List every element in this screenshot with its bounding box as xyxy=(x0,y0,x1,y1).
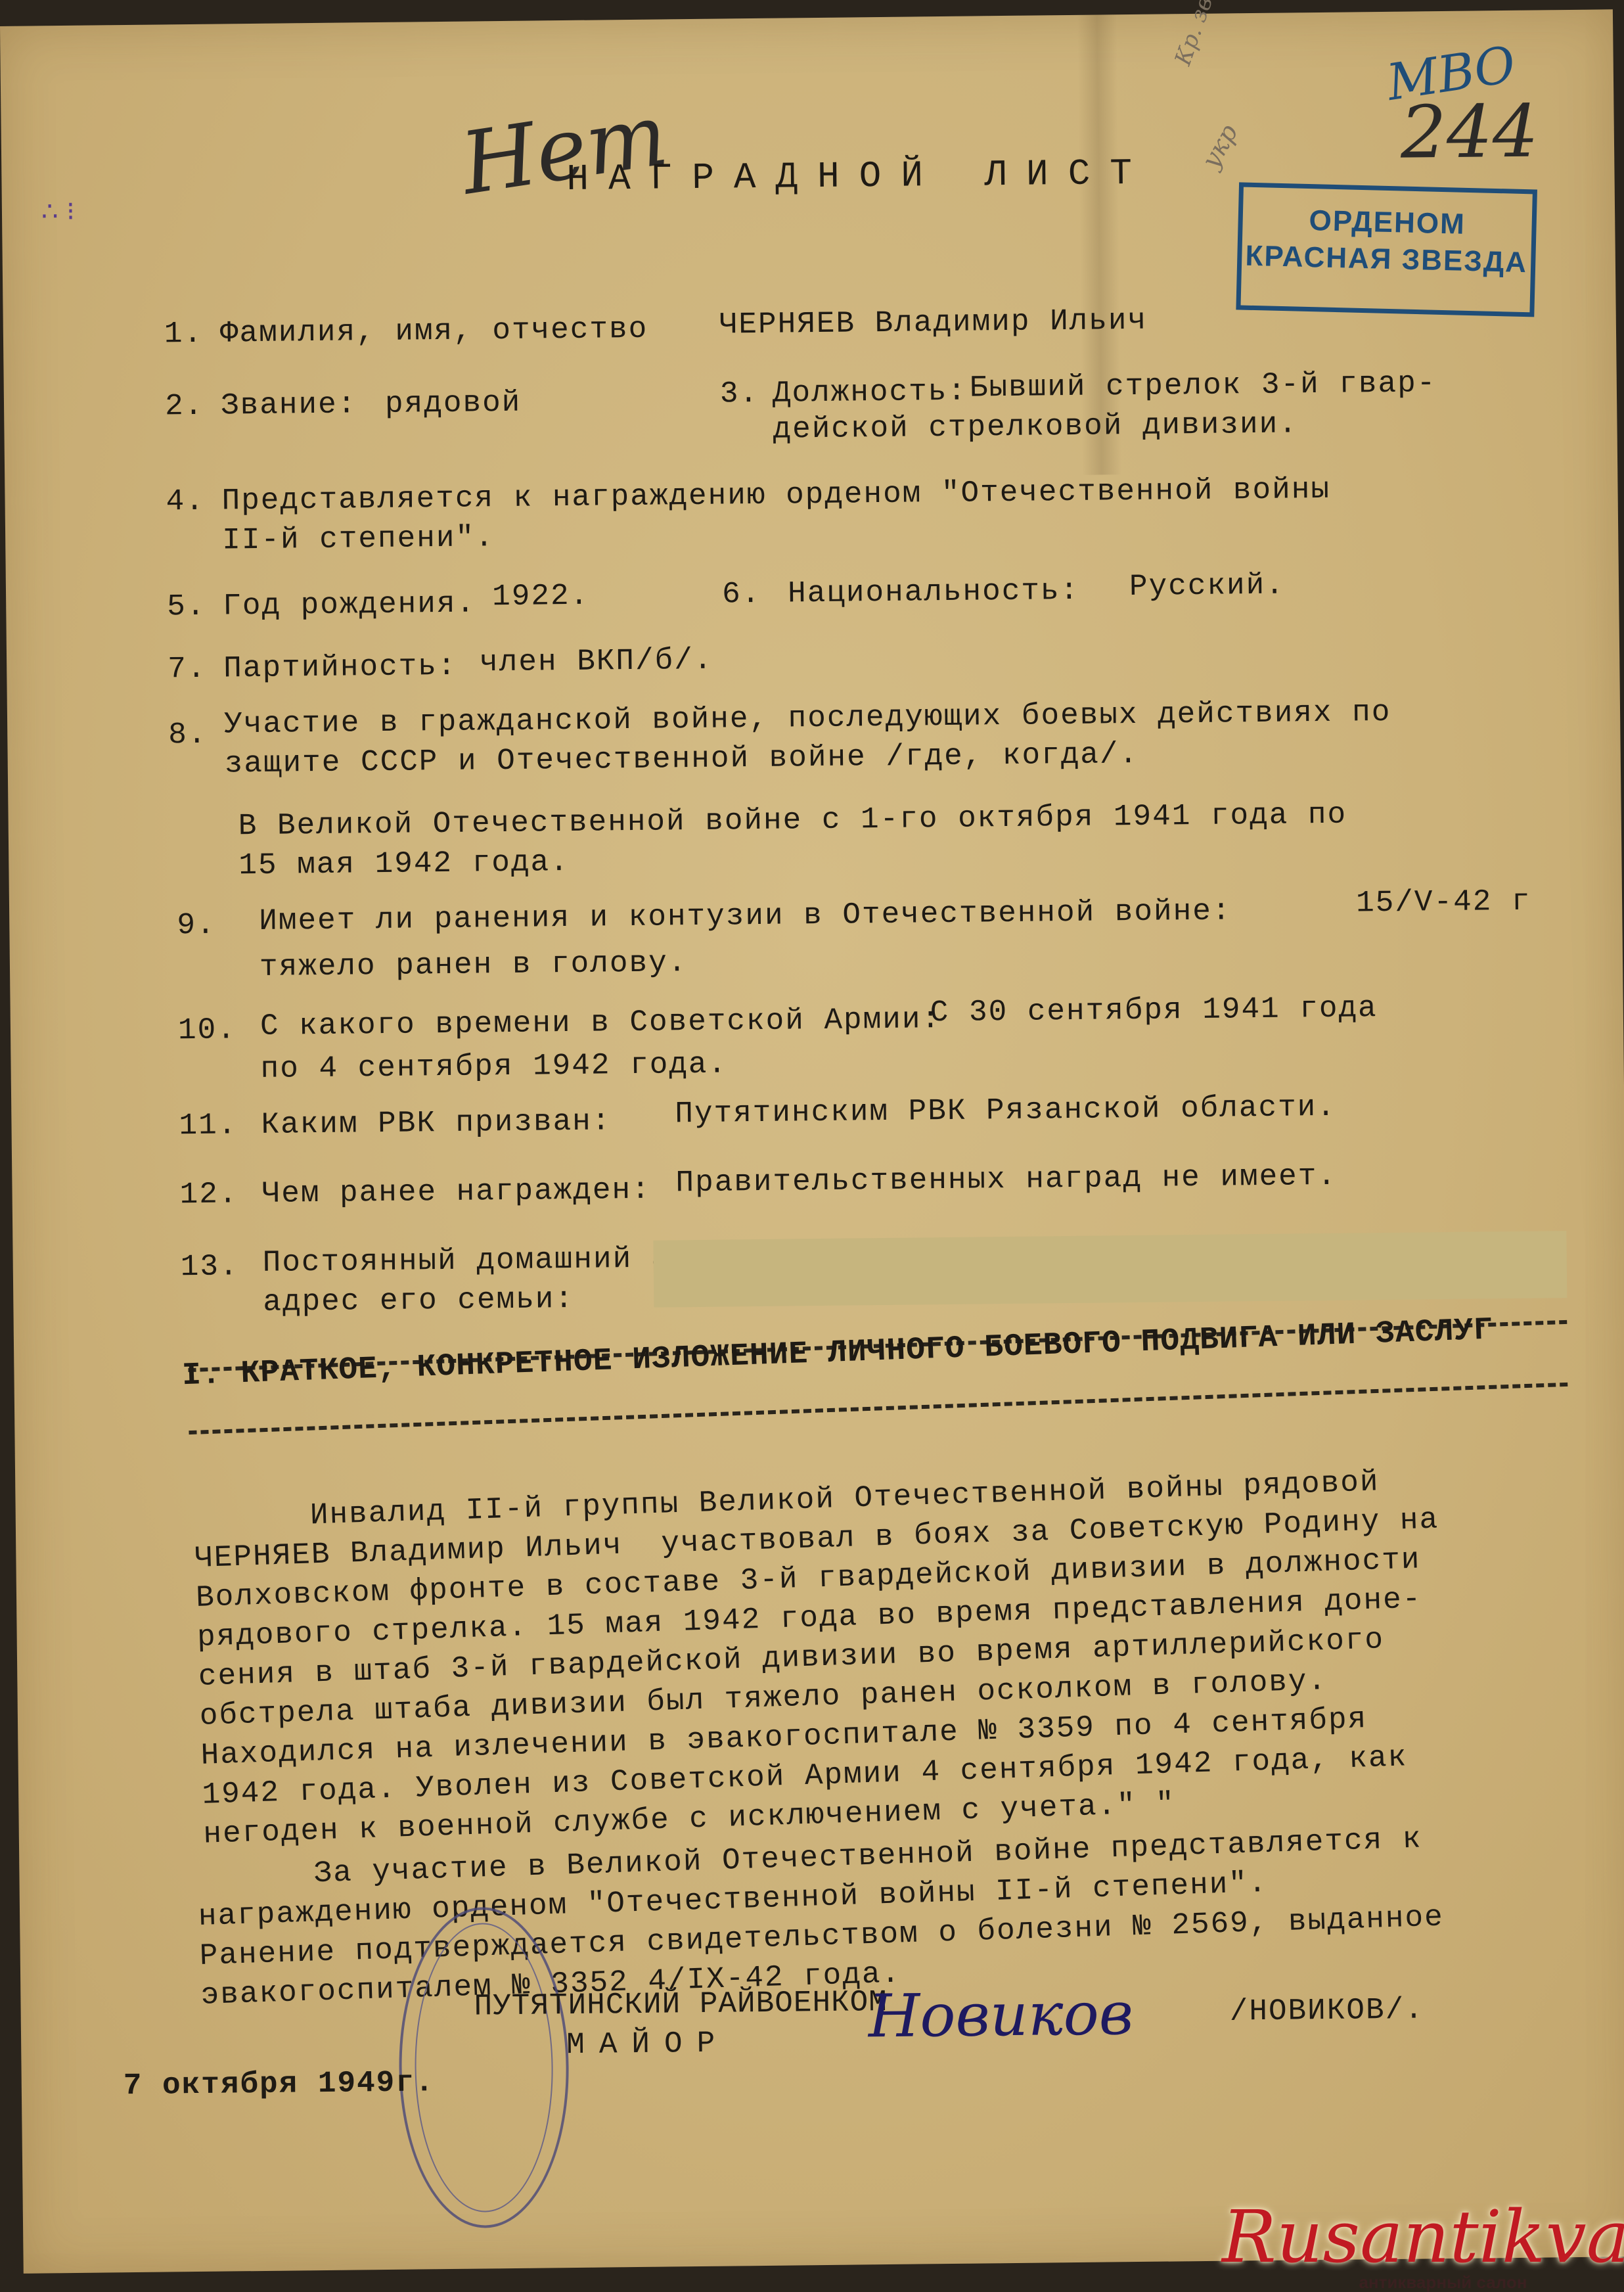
field-5-label: Год рождения. xyxy=(223,586,476,623)
field-3-value-cont: дейской стрелковой дивизии. xyxy=(773,407,1298,446)
field-7-value: член ВКП/б/. xyxy=(480,643,713,680)
paper-fold xyxy=(1077,14,1121,475)
watermark-brand: Rusantikvar xyxy=(1222,2195,1624,2279)
field-6-label: Национальность: xyxy=(788,574,1080,611)
field-12-value: Правительственных наград не имеет. xyxy=(675,1159,1337,1201)
document-date: 7 октября 1949г. xyxy=(124,2065,435,2103)
field-11-value: Путятинским РВК Рязанской области. xyxy=(675,1090,1336,1132)
field-8-value: В Великой Отечественной войне с 1-го окт… xyxy=(238,798,1347,844)
field-13-label-cont: адрес его семьи: xyxy=(263,1282,574,1319)
field-9-value: 15/V-42 г xyxy=(1356,884,1531,921)
field-8-label-cont: защите СССР и Отечественной войне /где, … xyxy=(225,737,1139,781)
heading-rule-bottom xyxy=(189,1383,1568,1434)
field-8-value-cont: 15 мая 1942 года. xyxy=(238,845,570,882)
field-5-value: 1922. xyxy=(492,579,590,614)
field-2-num: 2. xyxy=(165,389,204,424)
field-1-label: Фамилия, имя, отчество xyxy=(220,312,648,351)
field-2-label: Звание: xyxy=(221,387,357,423)
field-12-label: Чем ранее награжден: xyxy=(261,1173,651,1211)
field-1-num: 1. xyxy=(164,317,204,352)
ink-mark: ∴ ⁝ xyxy=(41,196,75,227)
field-12-num: 12. xyxy=(179,1177,238,1212)
field-9-num: 9. xyxy=(177,908,216,943)
signatory-name: /НОВИКОВ/. xyxy=(1229,1992,1424,2028)
pencil-note-2: укр xyxy=(1196,120,1243,173)
field-9-value-cont: тяжело ранен в голову. xyxy=(259,946,688,984)
field-11-label: Каким РВК призван: xyxy=(261,1104,611,1142)
field-8-num: 8. xyxy=(168,718,208,752)
field-7-label: Партийность: xyxy=(223,649,457,686)
stamp-line-1: ОРДЕНОМ xyxy=(1242,203,1532,243)
field-3-label: Должность: xyxy=(773,375,968,411)
field-10-label: С какого времени в Советской Армии: xyxy=(260,1002,941,1043)
signature: Новиков xyxy=(868,1979,1133,2051)
field-4-value: II-й степени". xyxy=(222,520,495,557)
order-stamp: ОРДЕНОМ КРАСНАЯ ЗВЕЗДА xyxy=(1236,182,1537,317)
field-6-num: 6. xyxy=(722,577,761,612)
signatory-org: ПУТЯТИНСКИЙ РАЙВОЕНКОМ xyxy=(474,1985,888,2024)
field-3-num: 3. xyxy=(720,377,759,411)
redacted-address xyxy=(653,1231,1567,1308)
field-13-num: 13. xyxy=(181,1249,239,1284)
field-10-value: С 30 сентября 1941 года xyxy=(930,991,1378,1030)
signatory-rank: МАЙОР xyxy=(566,2027,730,2063)
narrative-block: Инвалид II-й группы Великой Отечественно… xyxy=(192,1461,1448,1854)
field-7-num: 7. xyxy=(168,652,207,687)
award-sheet: Нет Кр. звезда укр МВО 244 ∴ ⁝ НАГРАДНОЙ… xyxy=(0,9,1624,2274)
field-3-value: Бывший стрелок 3-й гвар- xyxy=(970,366,1437,405)
field-5-num: 5. xyxy=(167,589,206,624)
field-6-value: Русский. xyxy=(1129,568,1285,604)
field-8-label: Участие в гражданской войне, последующих… xyxy=(224,695,1391,742)
field-9-label: Имеет ли ранения и контузии в Отечествен… xyxy=(259,894,1232,938)
watermark-logo: Rusantikvar антикварный салон xyxy=(1222,2195,1624,2292)
stamp-line-2: КРАСНАЯ ЗВЕЗДА xyxy=(1242,240,1531,280)
field-4-label: Представляется к награждению орденом "От… xyxy=(221,472,1330,518)
field-4-num: 4. xyxy=(166,484,205,519)
field-1-value: ЧЕРНЯЕВ Владимир Ильич xyxy=(719,304,1148,342)
section-heading: I. КРАТКОЕ, КОНКРЕТНОЕ ИЗЛОЖЕНИЕ ЛИЧНОГО… xyxy=(181,1313,1494,1394)
field-2-value: рядовой xyxy=(385,386,522,421)
field-10-value-cont: по 4 сентября 1942 года. xyxy=(260,1047,727,1086)
pencil-note: Кр. звезда xyxy=(1170,0,1236,69)
field-11-num: 11. xyxy=(179,1108,237,1143)
field-10-num: 10. xyxy=(178,1013,237,1047)
registry-number: 244 xyxy=(1400,89,1539,174)
document-title: НАГРАДНОЙ ЛИСТ xyxy=(566,152,1152,200)
